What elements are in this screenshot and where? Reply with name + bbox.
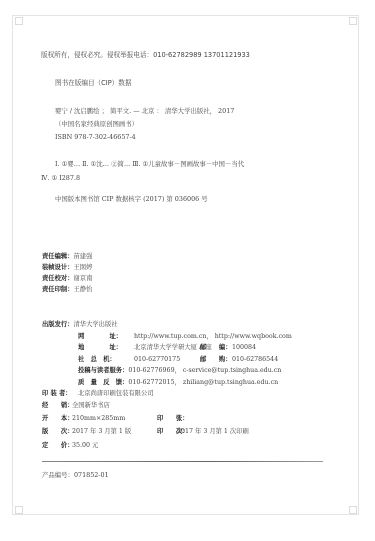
credit-label: 责任编辑： [42, 253, 73, 261]
corner-ornament-icon [349, 17, 357, 25]
corner-ornament-icon [15, 17, 23, 25]
edition-value: 2017 年 3 月第 1 版 [72, 428, 157, 436]
service-row: 投稿与读者服务： 010-62776969， c-service@tup.tsi… [78, 367, 281, 375]
product-code: 产品编号：071852-01 [42, 471, 109, 479]
credit-value: 王静怡 [73, 286, 92, 294]
publisher-row: 出版发行： 清华大学出版社 [42, 321, 118, 329]
credit-label: 责任校对： [42, 275, 73, 283]
divider-line [42, 461, 323, 462]
publisher-name: 清华大学出版社 [73, 321, 117, 329]
switchboard-value: 010-62770175 [134, 356, 200, 364]
website-value[interactable]: http://www.tup.com.cn， http://www.wqbook… [134, 333, 292, 341]
credit-row-editor: 责任编辑： 苗建强 [42, 253, 92, 261]
credit-value: 苗建强 [73, 253, 92, 261]
switchboard-label: 社 总 机： [78, 356, 134, 364]
distributor-value: 全国新华书店 [72, 402, 110, 410]
quality-row: 质 量 反 馈： 010-62772015， zhiliang@tup.tsin… [78, 379, 278, 387]
address-value: 北京清华大学学研大厦 A 座 [134, 344, 200, 352]
distributor-label: 经 销： [42, 402, 72, 410]
website-label: 网 址： [78, 333, 134, 341]
printer-value: 北京尚唐印刷包装有限公司 [78, 390, 154, 398]
sheets-value: 3 [177, 415, 181, 423]
credit-row-design: 装帧设计： 王囡婷 [42, 264, 92, 272]
cip-line-2: （中国名家经典原创图画书） [55, 120, 138, 128]
publisher-label: 出版发行： [42, 321, 73, 329]
corner-ornament-icon [349, 506, 357, 514]
mailorder-value: 010-62786544 [232, 356, 278, 364]
price-value: 35.00 元 [72, 442, 98, 450]
copyright-notice: 版权所有，侵权必究。侵权举报电话：010-62782989 1370112193… [41, 51, 250, 59]
mailorder-label: 邮 购： [200, 356, 232, 364]
credit-row-printing: 责任印制： 王静怡 [42, 286, 92, 294]
postcode-label: 邮 编： [200, 344, 232, 352]
postcode-value: 100084 [232, 344, 256, 352]
format-label: 开 本： [42, 415, 72, 423]
edition-row: 版 次： 2017 年 3 月第 1 版 印 次： 2017 年 3 月第 1 … [42, 428, 249, 436]
cip-classification-1: Ⅰ. ①婴… Ⅱ. ①沈… ②简… Ⅲ. ①儿童故事－图画故事－中国－当代 [55, 160, 244, 168]
impression-value: 2017 年 3 月第 1 次印刷 [177, 428, 249, 436]
website-row: 网 址： http://www.tup.com.cn， http://www.w… [78, 333, 292, 341]
price-label: 定 价： [42, 442, 72, 450]
copyright-page: 版权所有，侵权必究。侵权举报电话：010-62782989 1370112193… [0, 0, 375, 541]
credit-value: 谢京南 [73, 275, 92, 283]
format-value: 210mm×285mm [72, 415, 157, 423]
address-row: 地 址： 北京清华大学学研大厦 A 座 邮 编： 100084 [78, 344, 256, 352]
sheets-label: 印 张： [157, 415, 177, 423]
quality-value[interactable]: 010-62772015， zhiliang@tup.tsinghua.edu.… [128, 379, 278, 387]
price-row: 定 价： 35.00 元 [42, 442, 98, 450]
switchboard-row: 社 总 机： 010-62770175 邮 购： 010-62786544 [78, 356, 278, 364]
distributor-row: 经 销： 全国新华书店 [42, 402, 110, 410]
credit-value: 王囡婷 [73, 264, 92, 272]
cip-isbn: ISBN 978-7-302-46657-4 [55, 133, 136, 141]
cip-heading: 图书在版编目（CIP）数据 [55, 79, 131, 87]
format-row: 开 本： 210mm×285mm 印 张： 3 [42, 415, 181, 423]
credit-label: 责任印制： [42, 286, 73, 294]
cip-line-1: 婴宁 / 沈启鹏绘 ； 简平文. — 北京 ： 清华大学出版社， 2017 [55, 107, 234, 115]
service-label: 投稿与读者服务： [78, 367, 128, 375]
service-value[interactable]: 010-62776969， c-service@tup.tsinghua.edu… [128, 367, 281, 375]
corner-ornament-icon [15, 506, 23, 514]
impression-label: 印 次： [157, 428, 177, 436]
quality-label: 质 量 反 馈： [78, 379, 128, 387]
address-label: 地 址： [78, 344, 134, 352]
edition-label: 版 次： [42, 428, 72, 436]
printer-label: 印 装 者： [42, 390, 78, 398]
printer-row: 印 装 者： 北京尚唐印刷包装有限公司 [42, 390, 154, 398]
cip-classification-2: Ⅳ. ① I287.8 [41, 174, 80, 182]
cip-number: 中国版本图书馆 CIP 数据核字 (2017) 第 036006 号 [55, 195, 208, 203]
credit-label: 装帧设计： [42, 264, 73, 272]
credit-row-proofread: 责任校对： 谢京南 [42, 275, 92, 283]
